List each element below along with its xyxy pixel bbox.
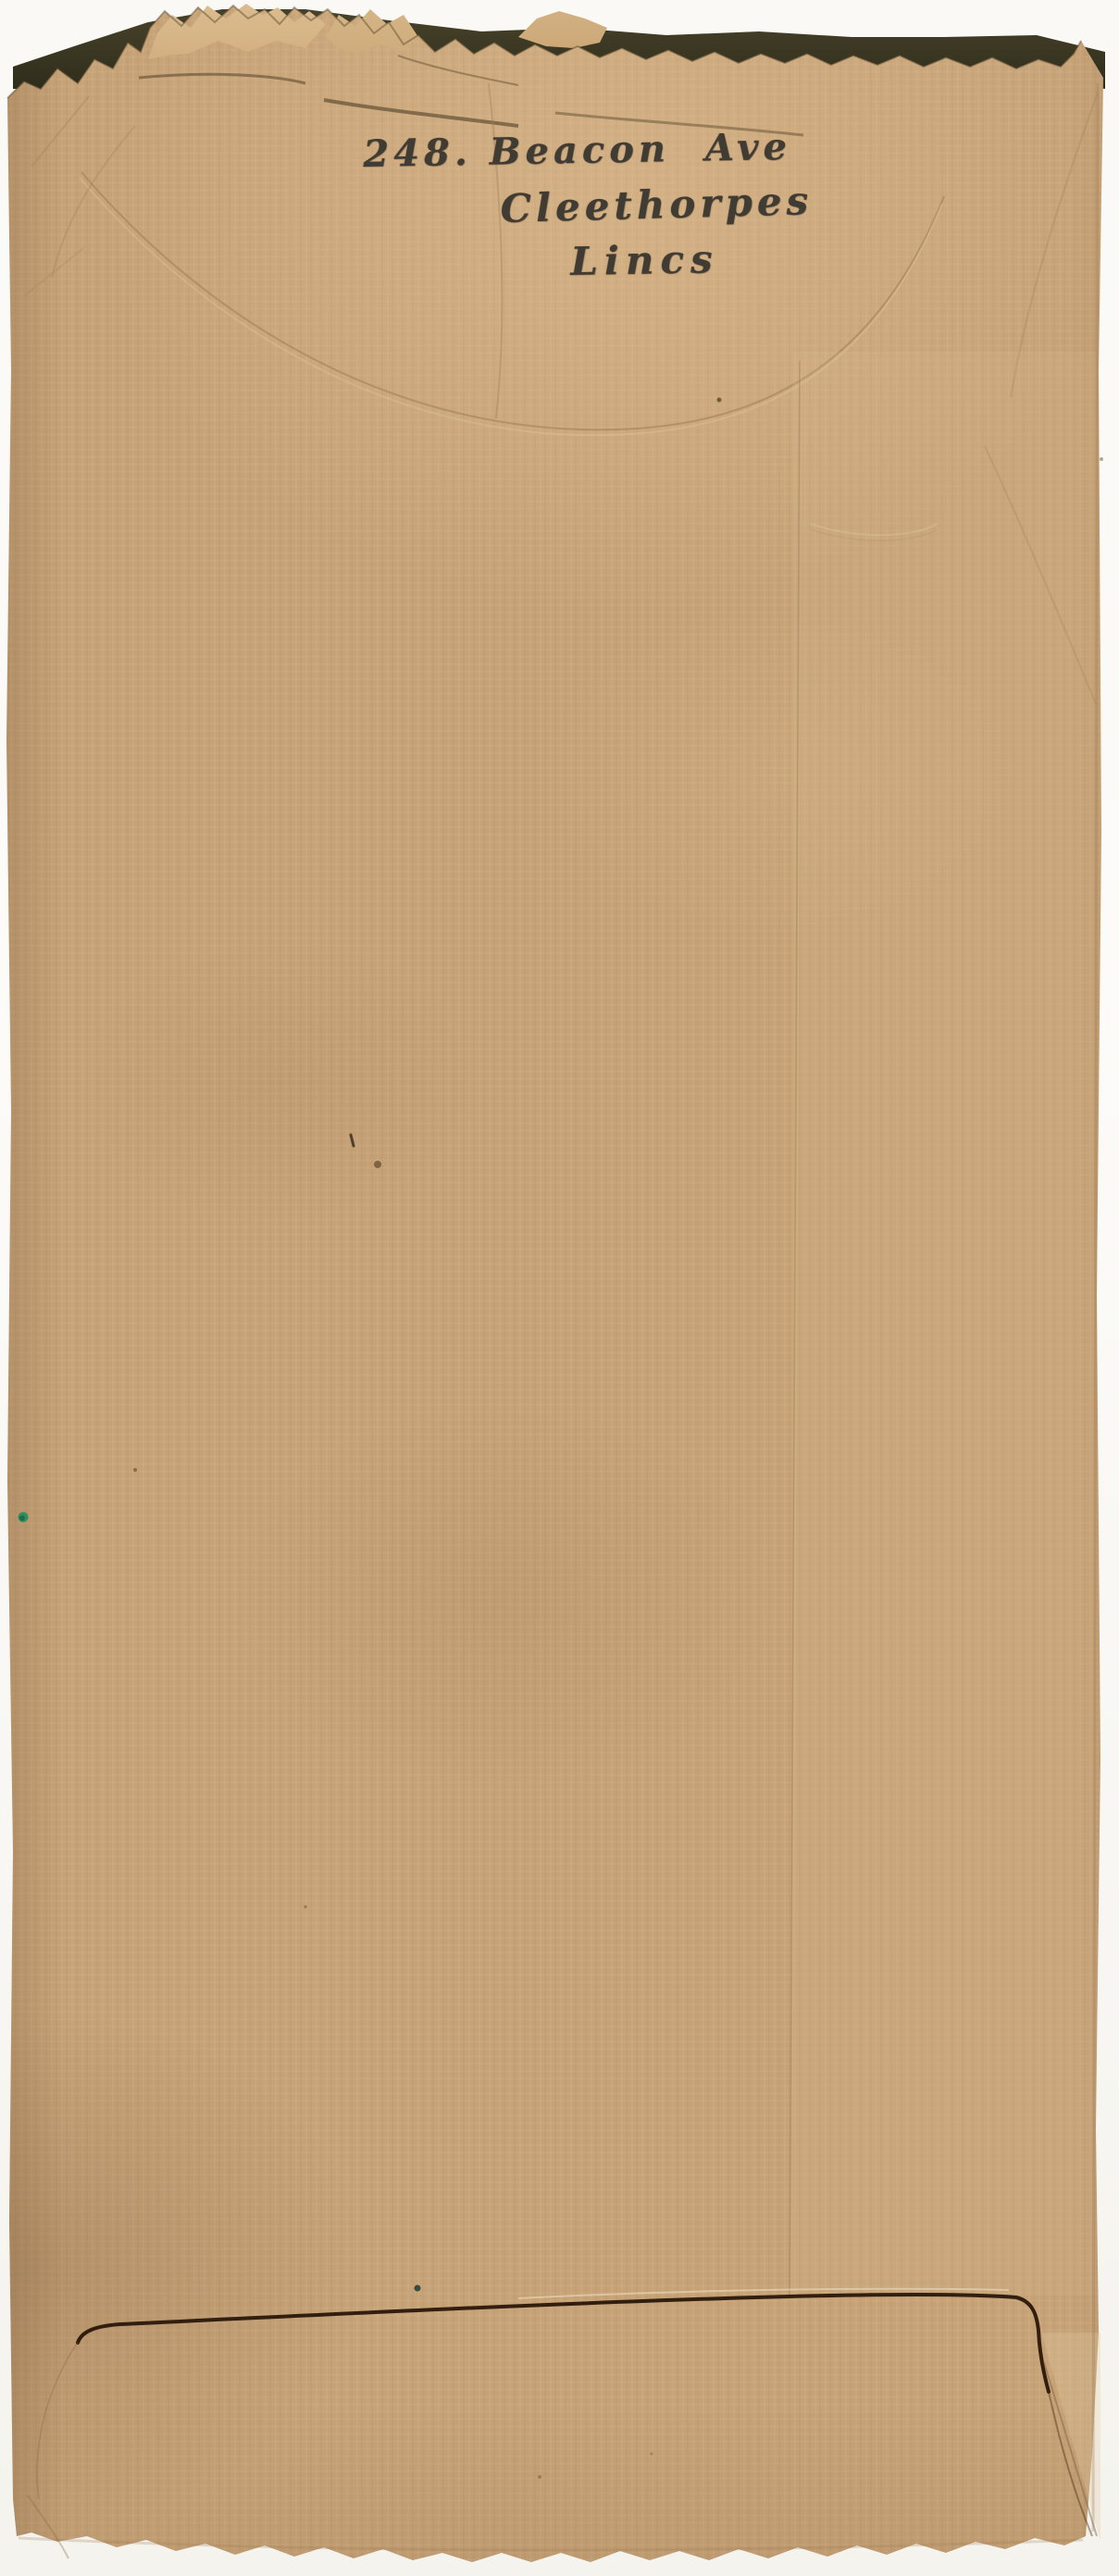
speck <box>133 1468 137 1472</box>
seam-light-panel <box>792 352 1096 2296</box>
crease <box>52 126 135 278</box>
green-ink-dot-core <box>19 1515 25 1521</box>
torn-shadow-streak <box>139 74 305 83</box>
torn-shadow-streak <box>398 56 518 85</box>
bottom-flap-line <box>78 2295 1049 2392</box>
crease-and-seam-overlay <box>0 0 1119 2576</box>
speck <box>1100 457 1103 461</box>
crease <box>31 96 89 167</box>
handwritten-address-line-3: Lincs <box>570 236 719 284</box>
torn-shadow-streak <box>324 100 518 126</box>
speck <box>374 1161 381 1168</box>
bottom-edge-shade <box>19 2538 1083 2550</box>
bottom-right-corner-light <box>1041 2333 1100 2541</box>
speck <box>717 398 722 403</box>
torn-edge-outline <box>7 6 1081 98</box>
speck <box>415 2285 421 2292</box>
fiber-speck <box>351 1135 354 1146</box>
speck <box>538 2475 541 2479</box>
handwritten-address-line-2: Cleethorpes <box>500 178 814 231</box>
crease <box>24 248 83 296</box>
handwritten-address-line-1: 248. Beacon Ave <box>363 125 791 176</box>
scanner-background: 248. Beacon Ave Cleethorpes Lincs <box>0 0 1119 2576</box>
speck <box>304 1905 307 1909</box>
speck <box>651 2453 653 2456</box>
crease <box>28 2495 68 2558</box>
bottom-flap-left-crease <box>37 2343 78 2499</box>
